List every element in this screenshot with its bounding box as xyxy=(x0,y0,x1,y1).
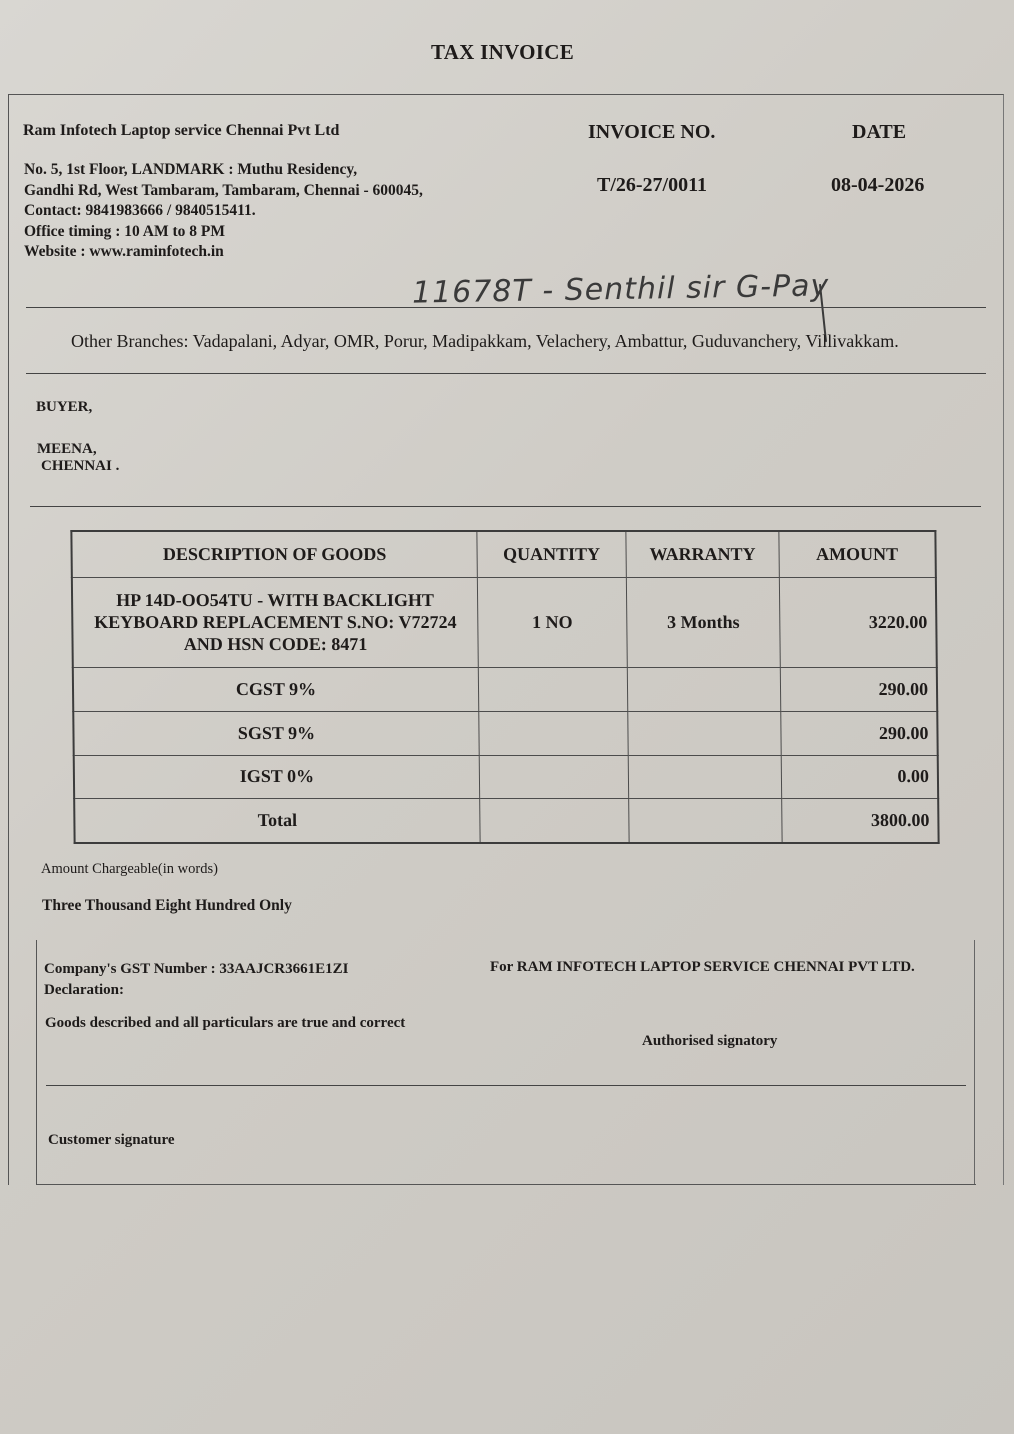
total-label: Total xyxy=(74,799,480,843)
description-line: HP 14D-OO54TU - WITH BACKLIGHT xyxy=(81,589,469,611)
description-line: AND HSN CODE: 8471 xyxy=(81,633,469,655)
seller-name: Ram Infotech Laptop service Chennai Pvt … xyxy=(23,122,339,140)
authorised-signatory: Authorised signatory xyxy=(642,1033,777,1050)
address-line: Gandhi Rd, West Tambaram, Tambaram, Chen… xyxy=(24,181,423,202)
customer-signature: Customer signature xyxy=(48,1132,175,1149)
item-description: HP 14D-OO54TU - WITH BACKLIGHT KEYBOARD … xyxy=(72,577,478,667)
date-label: DATE xyxy=(852,121,906,144)
divider xyxy=(26,373,986,374)
header-description: DESCRIPTION OF GOODS xyxy=(71,531,477,577)
buyer-city: CHENNAI . xyxy=(41,458,119,475)
header-warranty: WARRANTY xyxy=(626,531,779,577)
divider xyxy=(46,1085,966,1086)
contact: Contact: 9841983666 / 9840515411. xyxy=(24,201,423,222)
empty-cell xyxy=(628,711,781,755)
gst-block: Company's GST Number : 33AAJCR3661E1ZI D… xyxy=(44,959,349,1000)
empty-cell xyxy=(480,799,629,843)
empty-cell xyxy=(629,799,782,843)
item-amount: 3220.00 xyxy=(779,577,936,667)
office-timing: Office timing : 10 AM to 8 PM xyxy=(24,222,423,243)
invoice-date: 08-04-2026 xyxy=(831,174,924,197)
for-company: For RAM INFOTECH LAPTOP SERVICE CHENNAI … xyxy=(490,959,915,976)
table-header-row: DESCRIPTION OF GOODS QUANTITY WARRANTY A… xyxy=(71,531,935,577)
other-branches: Other Branches: Vadapalani, Adyar, OMR, … xyxy=(71,331,899,352)
table-row: CGST 9% 290.00 xyxy=(73,668,937,712)
tax-amount: 290.00 xyxy=(781,711,938,755)
empty-cell xyxy=(479,711,628,755)
invoice-number: T/26-27/0011 xyxy=(597,174,707,197)
declaration-label: Declaration: xyxy=(44,980,349,1001)
empty-cell xyxy=(478,668,627,712)
declaration-text: Goods described and all particulars are … xyxy=(45,1015,405,1032)
address-line: No. 5, 1st Floor, LANDMARK : Muthu Resid… xyxy=(24,160,423,181)
gst-number: Company's GST Number : 33AAJCR3661E1ZI xyxy=(44,959,349,980)
description-line: KEYBOARD REPLACEMENT S.NO: V72724 xyxy=(81,611,469,633)
handwritten-note: 11678T - Senthil sir G-Pay xyxy=(412,268,830,310)
item-warranty: 3 Months xyxy=(626,577,780,667)
website: Website : www.raminfotech.in xyxy=(24,242,423,263)
tax-label: SGST 9% xyxy=(73,711,479,755)
frame-border xyxy=(974,940,975,1184)
tax-amount: 290.00 xyxy=(780,668,937,712)
goods-table: DESCRIPTION OF GOODS QUANTITY WARRANTY A… xyxy=(70,530,939,844)
table-row: HP 14D-OO54TU - WITH BACKLIGHT KEYBOARD … xyxy=(72,577,937,667)
divider xyxy=(26,307,986,308)
empty-cell xyxy=(628,755,781,799)
divider xyxy=(30,506,981,507)
buyer-label: BUYER, xyxy=(36,399,92,416)
invoice-number-label: INVOICE NO. xyxy=(588,121,715,144)
table-row: SGST 9% 290.00 xyxy=(73,711,937,755)
document-title: TAX INVOICE xyxy=(0,40,1005,65)
total-amount: 3800.00 xyxy=(782,799,939,843)
frame-border xyxy=(36,1184,976,1185)
tax-label: CGST 9% xyxy=(73,668,479,712)
seller-address: No. 5, 1st Floor, LANDMARK : Muthu Resid… xyxy=(24,160,423,263)
amount-words: Three Thousand Eight Hundred Only xyxy=(42,897,292,915)
amount-words-label: Amount Chargeable(in words) xyxy=(41,861,218,878)
empty-cell xyxy=(627,668,780,712)
frame-border xyxy=(36,940,37,1184)
empty-cell xyxy=(479,755,628,799)
tax-amount: 0.00 xyxy=(781,755,938,799)
table-row: IGST 0% 0.00 xyxy=(74,755,938,799)
tax-label: IGST 0% xyxy=(74,755,480,799)
total-row: Total 3800.00 xyxy=(74,799,938,843)
header-amount: AMOUNT xyxy=(779,531,936,577)
buyer-name: MEENA, xyxy=(37,439,97,459)
header-quantity: QUANTITY xyxy=(477,531,626,577)
item-quantity: 1 NO xyxy=(477,577,627,667)
